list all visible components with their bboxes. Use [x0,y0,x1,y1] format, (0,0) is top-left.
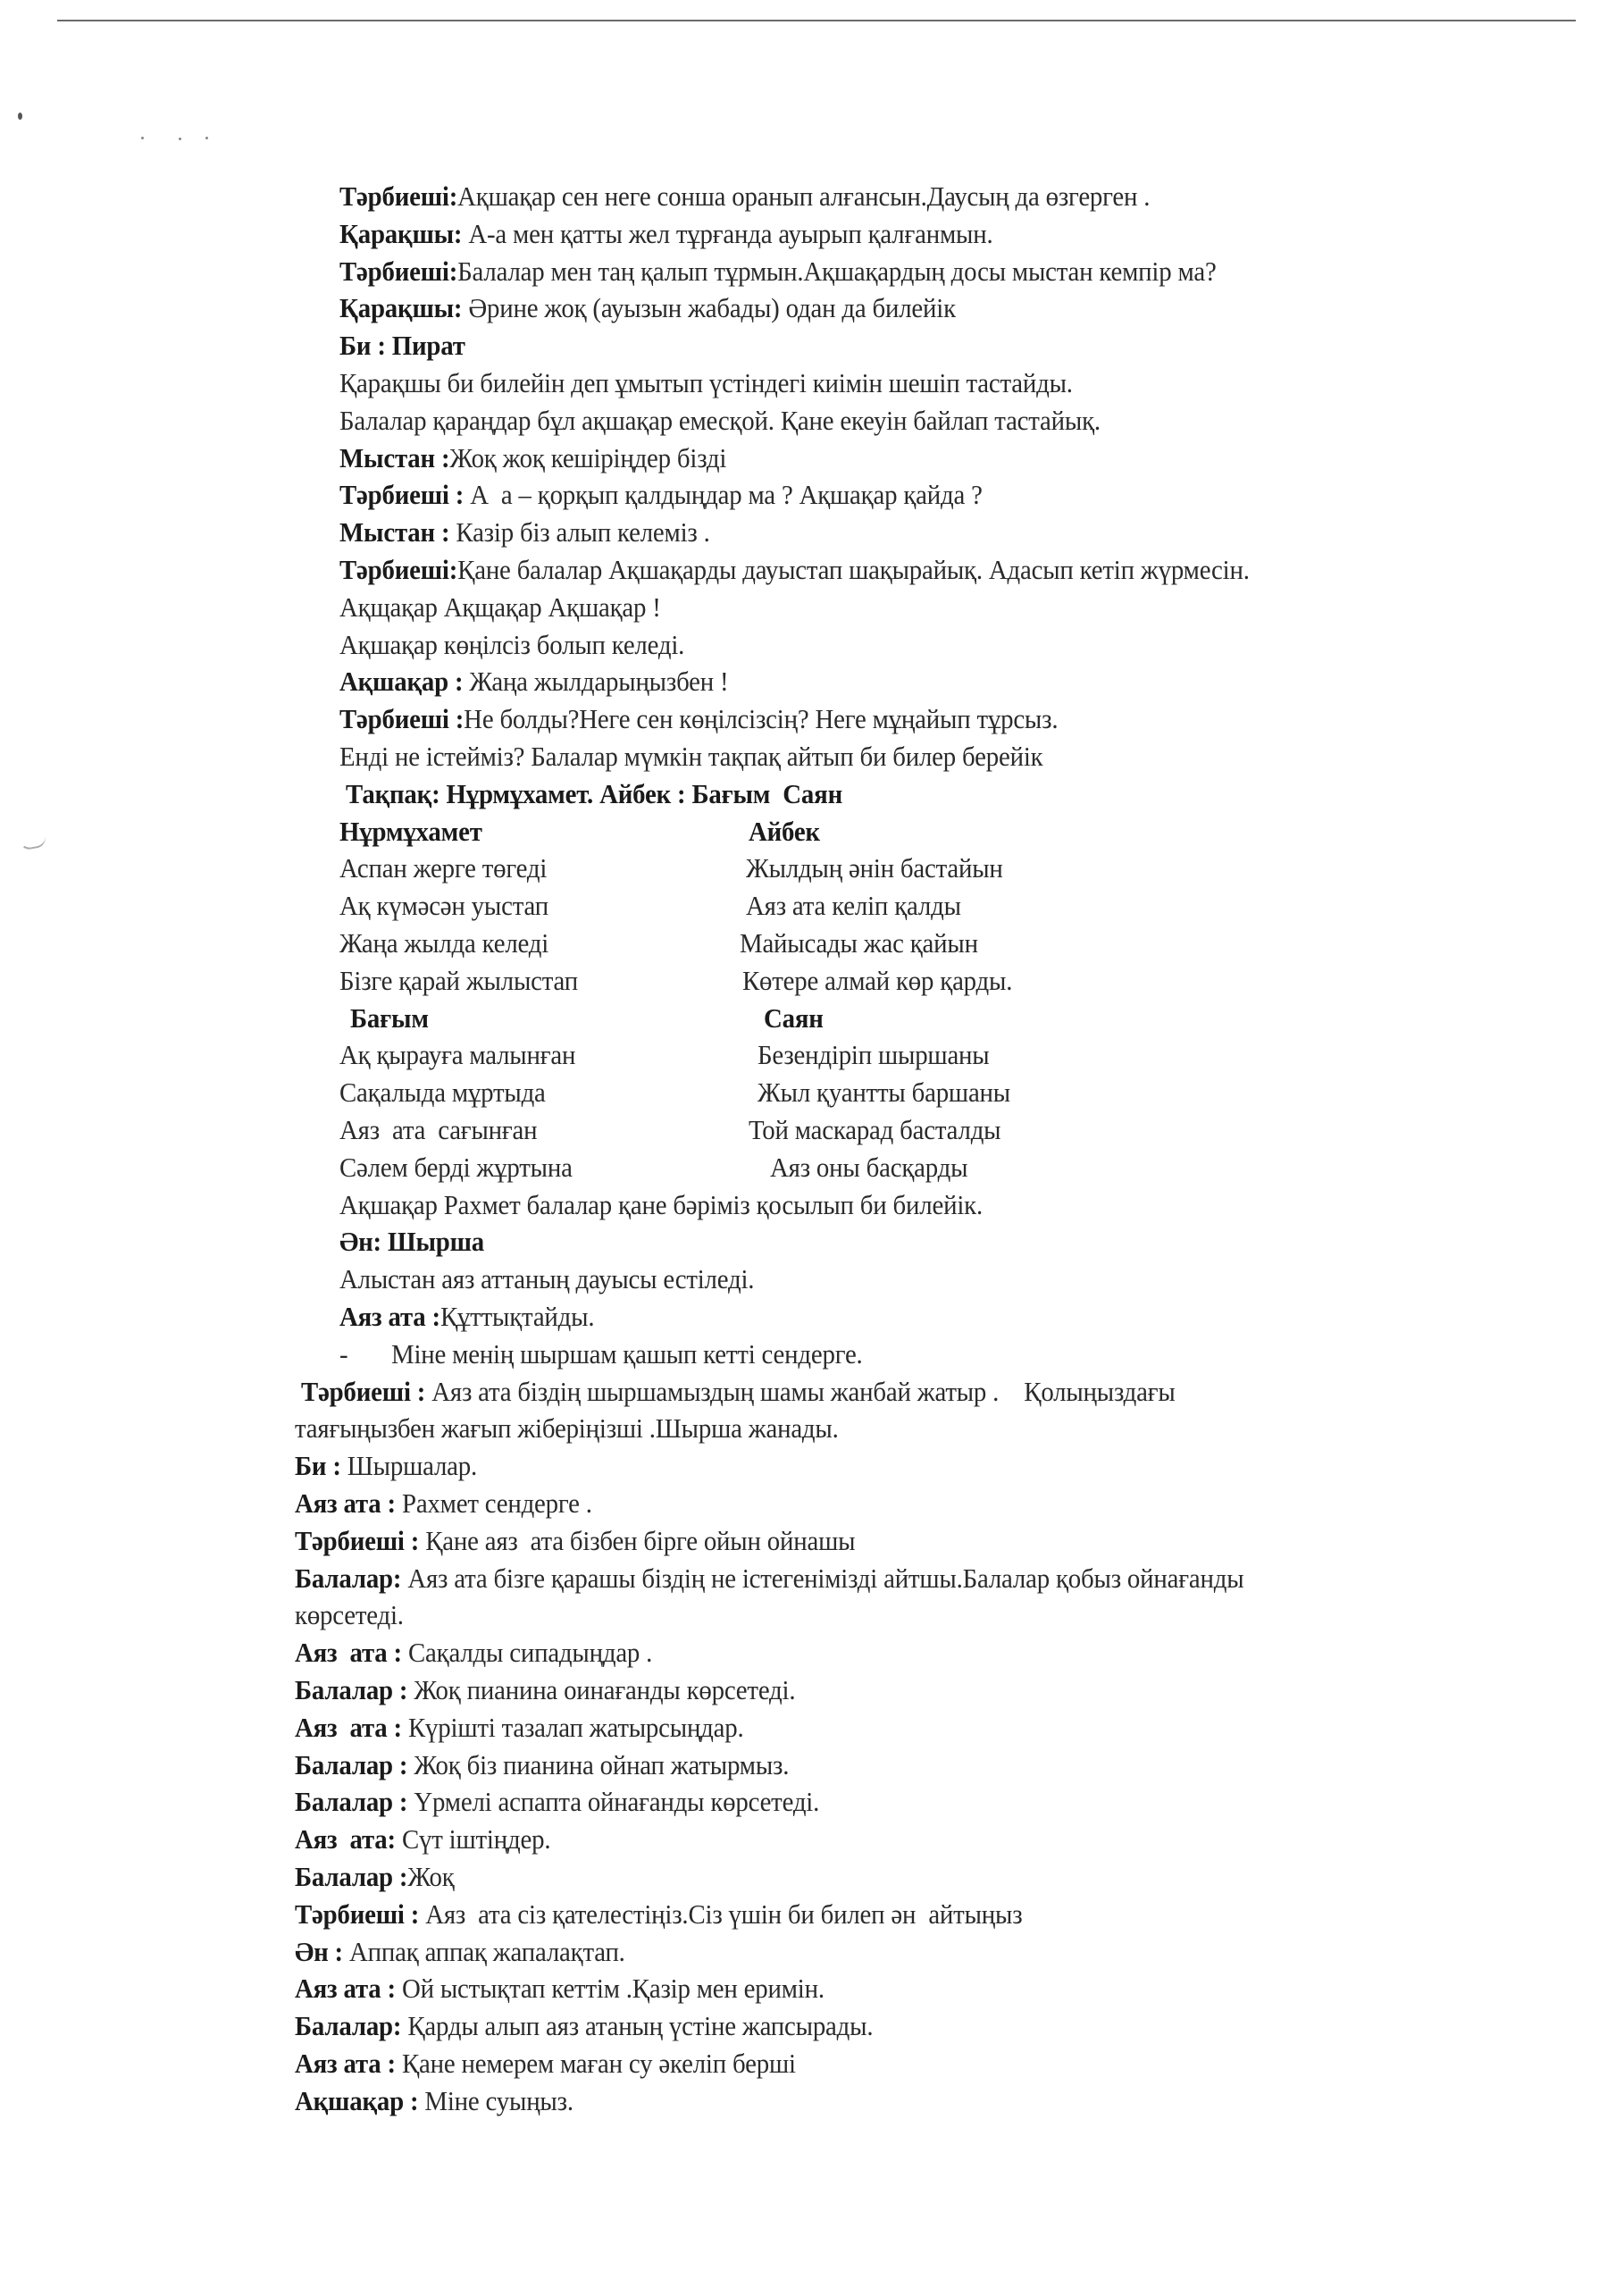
line-text: Сүт іштіңдер. [396,1823,550,1855]
speaker-label: Аяз ата : [295,1973,396,2004]
dialogue-line: Қарақшы би билейін деп ұмытып үстіндегі … [339,366,1073,400]
poem-line-right: Аяз ата келіп қалды [746,889,961,923]
dialogue-line: Ақшақар Рахмет балалар қане бәріміз қосы… [339,1188,983,1222]
speaker-label: Аяз ата : [295,1637,402,1668]
speaker-label: Мыстан : [339,442,449,473]
dialogue-line: Тәрбиеші:Балалар мен таң қалып тұрмын.Ақ… [339,255,1217,289]
line-text: Казір біз алып келеміз . [449,516,709,548]
poem-line-left: Жаңа жылда келеді [339,926,548,960]
line-text: Не болды?Неге сен көңілсізсің? Неге мұңа… [464,703,1058,734]
dialogue-line: Ақщақар Ақщақар Ақшақар ! [339,591,661,624]
poem-line-right: Той маскарад басталды [749,1113,1000,1147]
speaker-label: Тәрбиеші : [295,1898,419,1930]
dialogue-line: Би : Шыршалар. [295,1449,477,1483]
dialogue-line: Аяз ата :Құттықтайды. [339,1300,594,1334]
scan-speck [205,137,208,139]
dialogue-line: Енді не істейміз? Балалар мүмкін тақпақ … [339,740,1042,774]
line-text: Ақшақар Рахмет балалар қане бәріміз қосы… [339,1189,983,1220]
poem-line-left: Ақ күмәсән уыстап [339,889,548,923]
dialogue-line: Балалар қараңдар бұл ақшақар емесқой. Қа… [339,404,1101,438]
dialogue-line: Аяз ата : Ой ыстықтап кеттім .Қазір мен … [295,1972,825,2006]
poem-line-left: Сақалыда мұртыда [339,1076,546,1110]
poem-line-left: Аспан жерге төгеді [339,851,547,885]
line-text: А-а мен қатты жел тұрғанда ауырып қалған… [462,218,992,249]
speaker-label: Аяз ата : [295,1712,402,1743]
speaker-label: Аяз ата : [295,2048,396,2079]
speaker-label: Балалар: [295,2010,401,2041]
dialogue-line: Тәрбиеші : Қане аяз ата бізбен бірге ойы… [295,1524,855,1558]
pen-mark [19,835,47,850]
poem-line-left: Бізге қарай жылыстап [339,964,578,998]
dialogue-line: Ән : Аппақ аппақ жапалақтап. [295,1935,625,1969]
dialogue-line: Балалар :Жоқ [295,1860,455,1894]
line-text: Енді не істейміз? Балалар мүмкін тақпақ … [339,741,1042,772]
line-text: Жоқ біз пианина ойнап жатырмыз. [407,1749,789,1780]
speaker-label: Тәрбиеші : [339,479,464,510]
dialogue-line: Аяз ата: Сүт іштіңдер. [295,1822,550,1856]
line-text: Құттықтайды. [440,1301,594,1332]
dialogue-line: Ақшақар : Міне суыңыз. [295,2084,573,2118]
dialogue-line: Аяз ата : Сақалды сипадыңдар . [295,1636,652,1670]
speaker-label: Тақпақ: Нұрмұхамет. Айбек : Бағым Саян [339,778,842,809]
poem-author-right: Айбек [749,815,820,849]
line-text: Балалар мен таң қалып тұрмын.Ақшақардың … [457,256,1216,287]
dialogue-line: Қарақшы: Әрине жоқ (ауызын жабады) одан … [339,291,956,325]
dialogue-line: Балалар : Жоқ пианина оинағанды көрсетед… [295,1673,795,1707]
line-text: таяғыңызбен жағып жіберіңізші .Шырша жан… [295,1412,839,1444]
speaker-label: Тәрбиеші : [295,1376,425,1407]
speaker-label: Балалар : [295,1786,407,1817]
dialogue-line: Балалар : Жоқ біз пианина ойнап жатырмыз… [295,1748,789,1782]
speaker-label: Балалар : [295,1861,407,1892]
line-text: көрсетеді. [295,1599,404,1630]
line-text: Міне суыңыз. [418,2085,573,2116]
dialogue-line: Тақпақ: Нұрмұхамет. Айбек : Бағым Саян [339,777,842,811]
dialogue-line: Тәрбиеші :Не болды?Неге сен көңілсізсің?… [339,702,1058,736]
line-text: Алыстан аяз аттаның дауысы естіледі. [339,1263,754,1294]
dialogue-line: Тәрбиеші : А а – қорқып қалдыңдар ма ? А… [339,478,983,512]
line-text: Жаңа жылдарыңызбен ! [463,666,728,697]
dialogue-line: Ақшақар көңілсіз болып келеді. [339,628,684,662]
poem-line-right: Жылдың әнін бастайын [746,851,1003,885]
speaker-label: Тәрбиеші: [339,180,457,212]
dialogue-line: Тәрбиеші:Қане балалар Ақшақарды дауыстап… [339,553,1250,587]
scan-speck [18,113,22,120]
speaker-label: Тәрбиеші : [339,703,464,734]
dialogue-line: Аяз ата : Рахмет сендерге . [295,1487,592,1520]
speaker-label: Тәрбиеші: [339,554,457,585]
speaker-label: Қарақшы: [339,292,462,323]
poem-line-right: Аяз оны басқарды [770,1151,967,1185]
speaker-label: Ақшақар : [339,666,463,697]
poem-line-right: Безендіріп шыршаны [758,1038,989,1072]
speaker-label: Тәрбиеші : [295,1525,419,1556]
dialogue-line: Би : Пират [339,329,465,363]
dialogue-line: таяғыңызбен жағып жіберіңізші .Шырша жан… [295,1412,839,1445]
poem-line-right: Көтере алмай көр қарды. [742,964,1012,998]
speaker-label: Балалар : [295,1674,407,1705]
line-text: Шыршалар. [341,1450,477,1481]
line-text: Аяз ата бізге қарашы біздің не істегенім… [401,1562,1243,1594]
scan-speck [141,137,144,139]
scan-speck [179,138,181,140]
speaker-label: Аяз ата : [339,1301,440,1332]
speaker-label: Мыстан : [339,516,449,548]
line-text: Аяз ата біздің шыршамыздың шамы жанбай ж… [425,1376,1175,1407]
speaker-label: Ән : [295,1936,343,1967]
line-text: Ақщақар Ақщақар Ақшақар ! [339,591,661,623]
line-text: Қане балалар Ақшақарды дауыстап шақырайы… [457,554,1250,585]
poem-line-right: Жыл қуантты баршаны [758,1076,1010,1110]
dialogue-line: Балалар: Қарды алып аяз атаның үстіне жа… [295,2009,873,2043]
speaker-label: Аяз ата: [295,1823,396,1855]
dialogue-line: Балалар : Үрмелі аспапта ойнағанды көрсе… [295,1785,819,1819]
poem-author-left: Нұрмұхамет [339,815,482,849]
speaker-label: Аяз ата : [295,1487,396,1519]
dialogue-line: Ән: Шырша [339,1225,484,1259]
line-text: Ой ыстықтап кеттім .Қазір мен еримін. [396,1973,825,2004]
line-text: Қане аяз ата бізбен бірге ойын ойнашы [419,1525,855,1556]
line-text: Аппақ аппақ жапалақтап. [343,1936,625,1967]
speaker-label: Балалар: [295,1562,401,1594]
line-text: Әрине жоқ (ауызын жабады) одан да билейі… [462,292,956,323]
line-text: Жоқ пианина оинағанды көрсетеді. [407,1674,795,1705]
poem-line-left: Ақ қырауға малынған [339,1038,575,1072]
line-text: Қане немерем маған су әкеліп берші [396,2048,796,2079]
dialogue-line: Алыстан аяз аттаның дауысы естіледі. [339,1262,754,1296]
line-text: Аяз ата сіз қателестіңіз.Сіз үшін би бил… [419,1898,1022,1930]
poem-line-left: Сәлем берді жұртына [339,1151,573,1185]
speaker-label: Би : [295,1450,341,1481]
dialogue-line: Тәрбиеші : Аяз ата сіз қателестіңіз.Сіз … [295,1897,1022,1931]
poem-author-right: Саян [764,1001,824,1035]
dialogue-line: Қарақшы: А-а мен қатты жел тұрғанда ауыр… [339,217,992,251]
speaker-label: Ақшақар : [295,2085,418,2116]
line-text: Балалар қараңдар бұл ақшақар емесқой. Қа… [339,405,1101,436]
line-text: Рахмет сендерге . [396,1487,592,1519]
dialogue-line: Аяз ата : Күріштi тазалап жатырсыңдар. [295,1711,744,1745]
dialogue-line: Балалар: Аяз ата бізге қарашы біздің не … [295,1562,1243,1596]
dialogue-line: Міне менің шыршам қашып кетті сендерге. [391,1337,863,1371]
line-text: Сақалды сипадыңдар . [402,1637,652,1668]
line-text: Ақшақар сен неге сонша оранып алғансын.Д… [457,180,1150,212]
dialogue-line: Тәрбиеші:Ақшақар сен неге сонша оранып а… [339,180,1150,214]
speaker-label: Балалар : [295,1749,407,1780]
dialogue-line: Мыстан :Жоқ жоқ кешіріңдер бізді [339,441,726,475]
scan-edge-line [57,20,1576,21]
line-text: Қарақшы би билейін деп ұмытып үстіндегі … [339,367,1073,398]
speaker-label: Ән: Шырша [339,1226,484,1257]
line-text: Үрмелі аспапта ойнағанды көрсетеді. [407,1786,819,1817]
dialogue-line: Аяз ата : Қане немерем маған су әкеліп б… [295,2047,796,2081]
speaker-label: Тәрбиеші: [339,256,457,287]
dialogue-line: Тәрбиеші : Аяз ата біздің шыршамыздың ша… [295,1375,1176,1409]
bullet-dash: - [339,1337,347,1371]
line-text: Қарды алып аяз атаның үстіне жапсырады. [401,2010,873,2041]
line-text: Жоқ [407,1861,454,1892]
dialogue-line: көрсетеді. [295,1598,404,1632]
line-text: Күріштi тазалап жатырсыңдар. [402,1712,744,1743]
line-text: Ақшақар көңілсіз болып келеді. [339,629,684,660]
poem-author-left: Бағым [350,1001,429,1035]
line-text: Жоқ жоқ кешіріңдер бізді [449,442,726,473]
speaker-label: Би : Пират [339,330,465,361]
speaker-label: Қарақшы: [339,218,462,249]
dialogue-line: Ақшақар : Жаңа жылдарыңызбен ! [339,665,728,699]
poem-line-right: Майысады жас қайын [740,926,978,960]
poem-line-left: Аяз ата сағынған [339,1113,537,1147]
dialogue-line: Мыстан : Казір біз алып келеміз . [339,515,710,549]
line-text: А а – қорқып қалдыңдар ма ? Ақшақар қайд… [464,479,983,510]
